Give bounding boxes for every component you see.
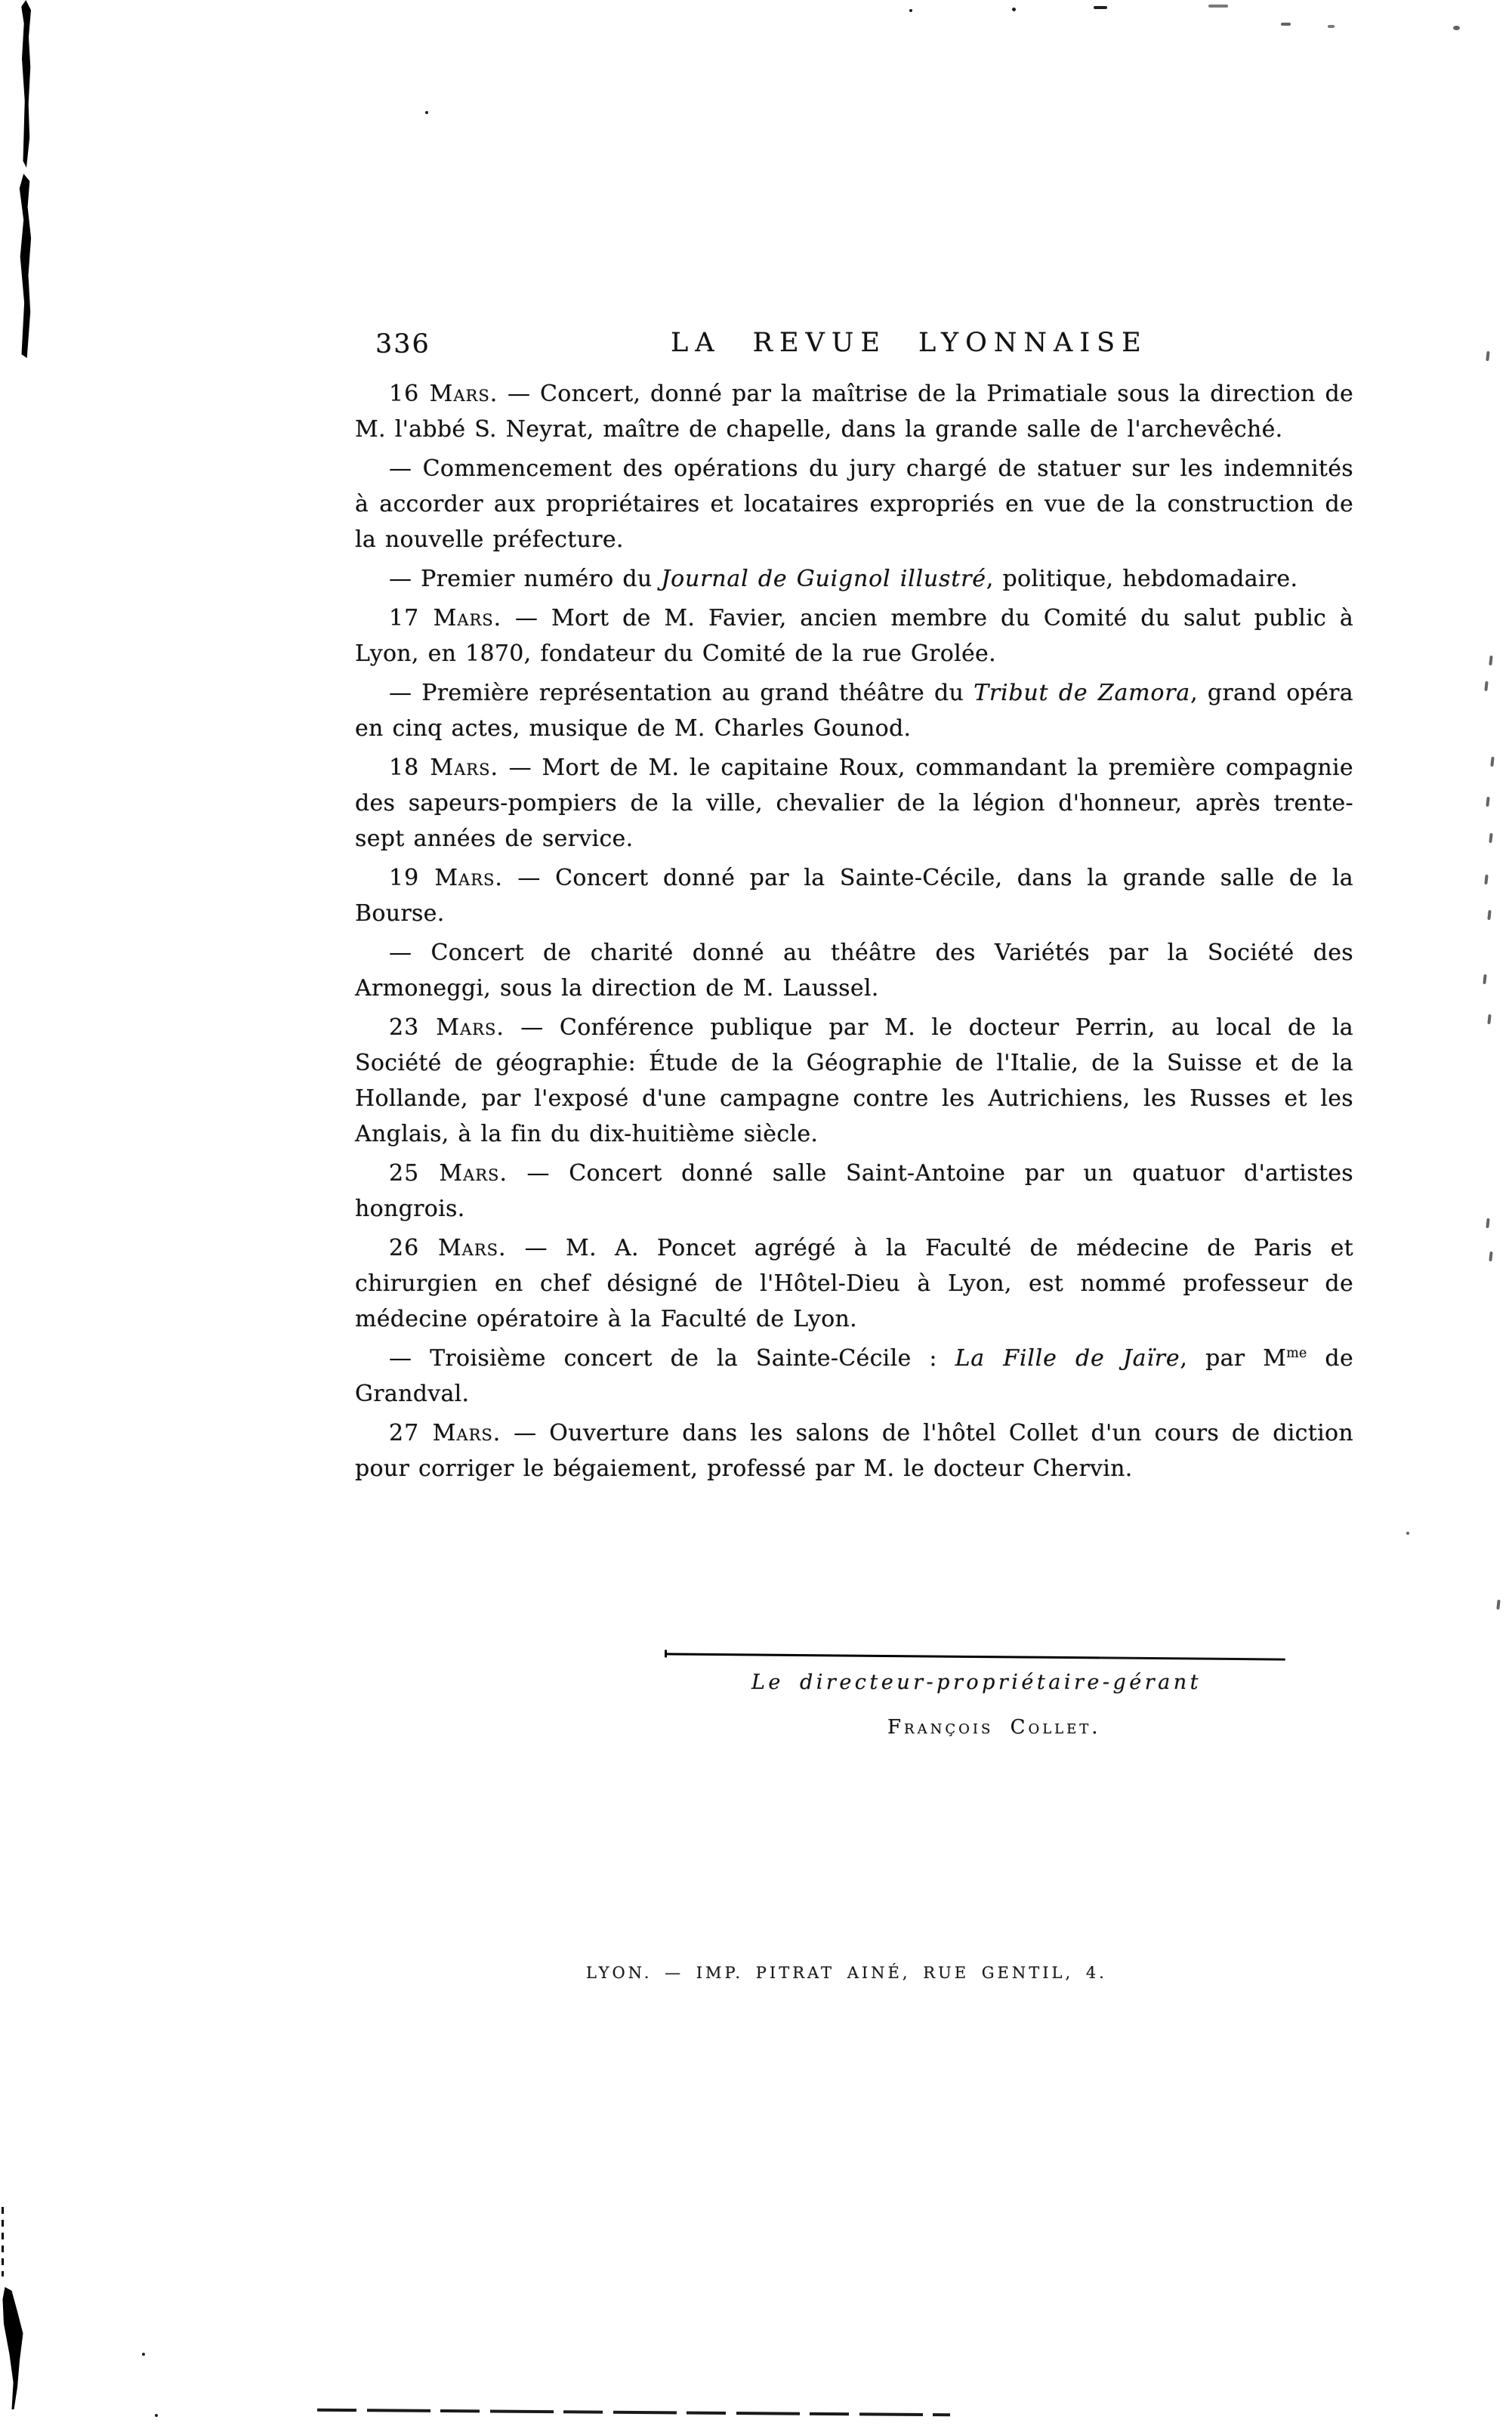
text-segment: — Troisième concert de la Sainte-Cécile … (389, 1345, 955, 1372)
scan-speck (909, 9, 912, 12)
scanned-page: 336 LA REVUE LYONNAISE 16 Mars. — Concer… (0, 0, 1512, 2426)
date-label: 19 Mars. (389, 865, 503, 891)
text-segment: — Commencement des opérations du jury ch… (355, 455, 1353, 553)
scan-speck (1281, 23, 1291, 26)
text-segment: — Conférence publique par M. le docteur … (355, 1014, 1353, 1147)
text-segment: , par M (1180, 1345, 1286, 1372)
running-title: LA REVUE LYONNAISE (671, 328, 1148, 358)
scan-artifact (1496, 1600, 1500, 1610)
scan-speck (1094, 6, 1107, 9)
scan-artifact (1487, 1014, 1491, 1024)
text-segment: — Ouverture dans les salons de l'hôtel C… (355, 1420, 1353, 1482)
date-label: 23 Mars. (389, 1014, 505, 1041)
scan-speck (1012, 8, 1016, 11)
scan-artifact (1484, 875, 1488, 884)
scan-speck (1406, 1532, 1409, 1535)
paragraph: 26 Mars. — M. A. Poncet agrégé à la Facu… (355, 1230, 1353, 1337)
paragraph: 19 Mars. — Concert donné par la Sainte-C… (355, 860, 1353, 931)
text-segment: — Concert de charité donné au théâtre de… (355, 940, 1353, 1002)
scan-artifact (1489, 656, 1492, 665)
scan-artifact (1489, 833, 1492, 843)
paragraph: 17 Mars. — Mort de M. Favier, ancien mem… (355, 600, 1353, 671)
paragraph: — Premier numéro du Journal de Guignol i… (355, 561, 1353, 597)
scan-artifact (1489, 1252, 1492, 1261)
paragraph: — Troisième concert de la Sainte-Cécile … (355, 1341, 1353, 1412)
date-label: 27 Mars. (389, 1420, 501, 1446)
text-segment: — Premier numéro du (389, 566, 661, 592)
binding-smudge-top (20, 0, 31, 168)
scan-speck (155, 2414, 158, 2417)
signature-rule (665, 1653, 1285, 1660)
scan-artifact (1484, 681, 1488, 691)
date-label: 17 Mars. (389, 605, 501, 631)
scan-artifact (1486, 1218, 1489, 1228)
date-label: 16 Mars. (389, 381, 498, 407)
scan-artifact (1486, 351, 1489, 361)
date-label: 18 Mars. (389, 755, 498, 781)
scan-speck (1453, 26, 1460, 30)
text-segment: — Concert, donné par la maîtrise de la P… (355, 381, 1353, 443)
paragraph: 25 Mars. — Concert donné salle Saint-Ant… (355, 1156, 1353, 1227)
scan-artifact (1486, 797, 1489, 807)
text-segment: me (1286, 1346, 1307, 1361)
paragraph: 16 Mars. — Concert, donné par la maîtris… (355, 376, 1353, 447)
scan-artifact (1483, 974, 1486, 984)
date-label: 26 Mars. (389, 1235, 507, 1261)
paragraph: — Première représentation au grand théât… (355, 675, 1353, 746)
binding-smudge-bottom (2, 2287, 24, 2409)
scan-speck (1208, 5, 1228, 8)
text-segment: — Mort de M. Favier, ancien membre du Co… (355, 605, 1353, 667)
text-segment: La Fille de Jaïre (955, 1345, 1180, 1372)
paragraph: 27 Mars. — Ouverture dans les salons de … (355, 1415, 1353, 1486)
scan-artifact (1490, 757, 1494, 767)
text-segment: — Première représentation au grand théât… (389, 680, 974, 706)
scan-speck (1328, 25, 1335, 28)
paragraph: 18 Mars. — Mort de M. le capitaine Roux,… (355, 750, 1353, 857)
paragraph: — Commencement des opérations du jury ch… (355, 451, 1353, 557)
text-segment: — Mort de M. le capitaine Roux, commanda… (355, 755, 1353, 852)
page-edge-line (317, 2409, 950, 2417)
chronicle-text: 16 Mars. — Concert, donné par la maîtris… (355, 376, 1353, 1490)
page-number: 336 (375, 329, 430, 360)
text-segment: Journal de Guignol illustré (661, 566, 986, 592)
date-label: 25 Mars. (389, 1160, 508, 1187)
paragraph: — Concert de charité donné au théâtre de… (355, 935, 1353, 1006)
text-segment: , politique, hebdomadaire. (986, 566, 1298, 592)
text-segment: Tribut de Zamora (974, 680, 1190, 706)
binding-smudge-upper (18, 174, 32, 358)
binding-dash-bottom (2, 2207, 4, 2276)
scan-artifact (1487, 910, 1491, 920)
signature-role: Le directeur-propriétaire-gérant (751, 1671, 1202, 1694)
text-segment: — Concert donné par la Sainte-Cécile, da… (355, 865, 1353, 927)
signature-name: François Collet. (887, 1716, 1101, 1739)
scan-speck (425, 111, 428, 114)
printer-imprint: LYON. — IMP. PITRAT AINÉ, RUE GENTIL, 4. (586, 1964, 1107, 1982)
paragraph: 23 Mars. — Conférence publique par M. le… (355, 1010, 1353, 1152)
scan-speck (142, 2353, 145, 2356)
